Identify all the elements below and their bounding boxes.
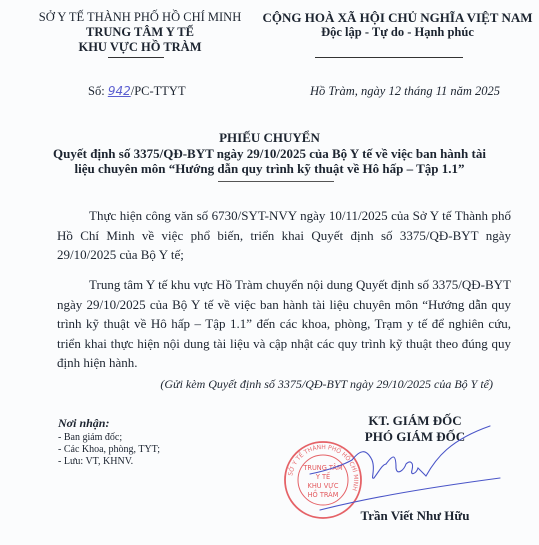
paragraph-2-text: Trung tâm Y tế khu vực Hồ Tràm chuyển nộ…: [57, 275, 511, 373]
document-number-handwritten: 942: [108, 84, 131, 98]
national-header: CỘNG HOÀ XÃ HỘI CHỦ NGHĨA VIỆT NAM Độc l…: [256, 10, 539, 40]
recipient-item: - Ban giám đốc;: [58, 432, 160, 444]
organization-name-line2: KHU VỰC HỒ TRÀM: [20, 40, 260, 55]
signer-name: Trần Viết Như Hữu: [315, 508, 515, 524]
organization-name-line1: TRUNG TÂM Y TẾ: [20, 25, 260, 40]
title-main: PHIẾU CHUYỂN: [0, 130, 539, 146]
recipient-item: - Các Khoa, phòng, TYT;: [58, 444, 160, 456]
nation-name: CỘNG HOÀ XÃ HỘI CHỦ NGHĨA VIỆT NAM: [256, 10, 539, 25]
department-name: SỞ Y TẾ THÀNH PHỐ HỒ CHÍ MINH: [20, 10, 260, 25]
national-motto: Độc lập - Tự do - Hạnh phúc: [256, 25, 539, 40]
recipient-item: - Lưu: VT, KHNV.: [58, 456, 160, 468]
recipients-list: - Ban giám đốc; - Các Khoa, phòng, TYT; …: [58, 432, 160, 468]
issuer-underline: [108, 57, 164, 58]
motto-underline: [315, 57, 463, 58]
issuer-block: SỞ Y TẾ THÀNH PHỐ HỒ CHÍ MINH TRUNG TÂM …: [20, 10, 260, 55]
body-paragraph-2: Trung tâm Y tế khu vực Hồ Tràm chuyển nộ…: [57, 275, 511, 373]
handwritten-signature-icon: [300, 420, 530, 520]
recipients-title: Nơi nhận:: [58, 416, 109, 431]
attachment-note: (Gửi kèm Quyết định số 3375/QĐ-BYT ngày …: [0, 377, 539, 392]
place-date: Hồ Tràm, ngày 12 tháng 11 năm 2025: [310, 84, 500, 99]
document-number-suffix: /PC-TTYT: [131, 84, 186, 98]
title-subject-line1: Quyết định số 3375/QĐ-BYT ngày 29/10/202…: [0, 146, 539, 162]
body-paragraph-1: Thực hiện công văn số 6730/SYT-NVY ngày …: [57, 206, 511, 265]
title-underline: [218, 181, 334, 182]
document-number: Số: 942/PC-TTYT: [88, 84, 186, 99]
document-number-prefix: Số:: [88, 84, 108, 98]
paragraph-1-text: Thực hiện công văn số 6730/SYT-NVY ngày …: [57, 206, 511, 265]
title-subject-line2: liệu chuyên môn “Hướng dẫn quy trình kỹ …: [0, 161, 539, 177]
document-title: PHIẾU CHUYỂN Quyết định số 3375/QĐ-BYT n…: [0, 130, 539, 177]
